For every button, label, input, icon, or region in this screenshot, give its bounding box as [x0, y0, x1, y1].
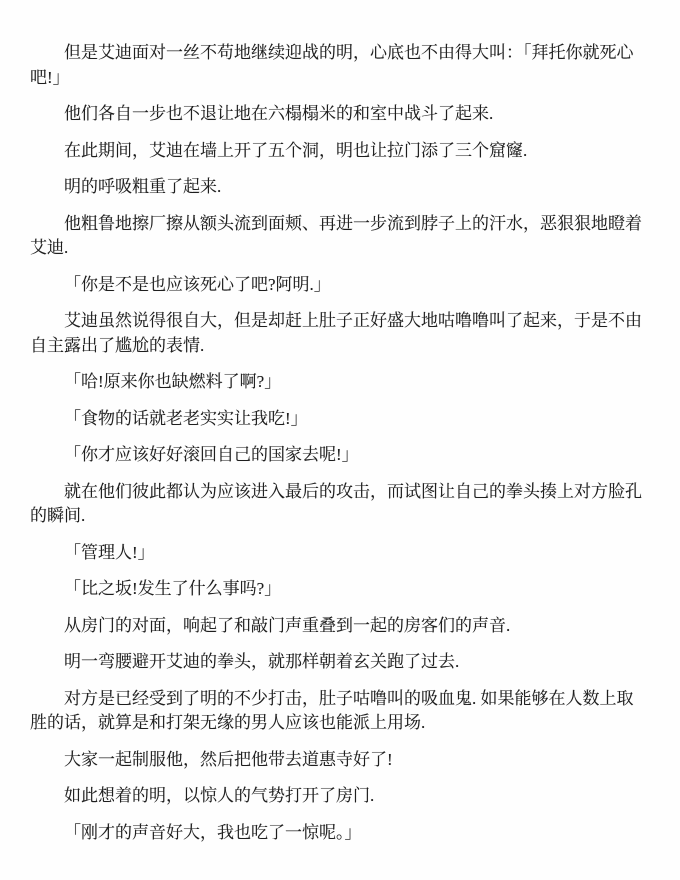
paragraph-15: 明一弯腰避开艾迪的拳头，就那样朝着玄关跑了过去.: [30, 650, 648, 675]
paragraph-2: 他们各自一步也不退让地在六榻榻米的和室中战斗了起来.: [30, 102, 648, 127]
paragraph-6: 「你是不是也应该死心了吧?阿明.」: [30, 273, 648, 298]
paragraph-9: 「食物的话就老老实实让我吃!」: [30, 407, 648, 432]
paragraph-8: 「哈!原来你也缺燃料了啊?」: [30, 370, 648, 395]
paragraph-7: 艾迪虽然说得很自大，但是却赶上肚子正好盛大地咕噜噜叫了起来，于是不由自主露出了尴…: [30, 309, 648, 358]
paragraph-18: 如此想着的明，以惊人的气势打开了房门.: [30, 784, 648, 809]
paragraph-19: 「刚才的声音好大，我也吃了一惊呢。」: [30, 821, 648, 846]
paragraph-4: 明的呼吸粗重了起来.: [30, 175, 648, 200]
paragraph-17: 大家一起制服他，然后把他带去道惠寺好了!: [30, 748, 648, 773]
paragraph-10: 「你才应该好好滚回自己的国家去呢!」: [30, 443, 648, 468]
paragraph-11: 就在他们彼此都认为应该进入最后的攻击，而试图让自己的拳头揍上对方脸孔的瞬间.: [30, 480, 648, 529]
paragraph-1: 但是艾迪面对一丝不苟地继续迎战的明，心底也不由得大叫：「拜托你就死心吧!」: [30, 41, 648, 90]
paragraph-14: 从房门的对面，响起了和敲门声重叠到一起的房客们的声音.: [30, 614, 648, 639]
paragraph-12: 「管理人!」: [30, 541, 648, 566]
paragraph-13: 「比之坂!发生了什么事吗?」: [30, 577, 648, 602]
paragraph-16: 对方是已经受到了明的不少打击，肚子咕噜叫的吸血鬼. 如果能够在人数上取胜的话，就…: [30, 687, 648, 736]
paragraph-5: 他粗鲁地擦厂擦从额头流到面颊、再进一步流到脖子上的汗水，恶狠狠地瞪着艾迪.: [30, 212, 648, 261]
paragraph-3: 在此期间，艾迪在墙上开了五个洞，明也让拉门添了三个窟窿.: [30, 139, 648, 164]
novel-page: 但是艾迪面对一丝不苟地继续迎战的明，心底也不由得大叫：「拜托你就死心吧!」 他们…: [0, 0, 680, 880]
